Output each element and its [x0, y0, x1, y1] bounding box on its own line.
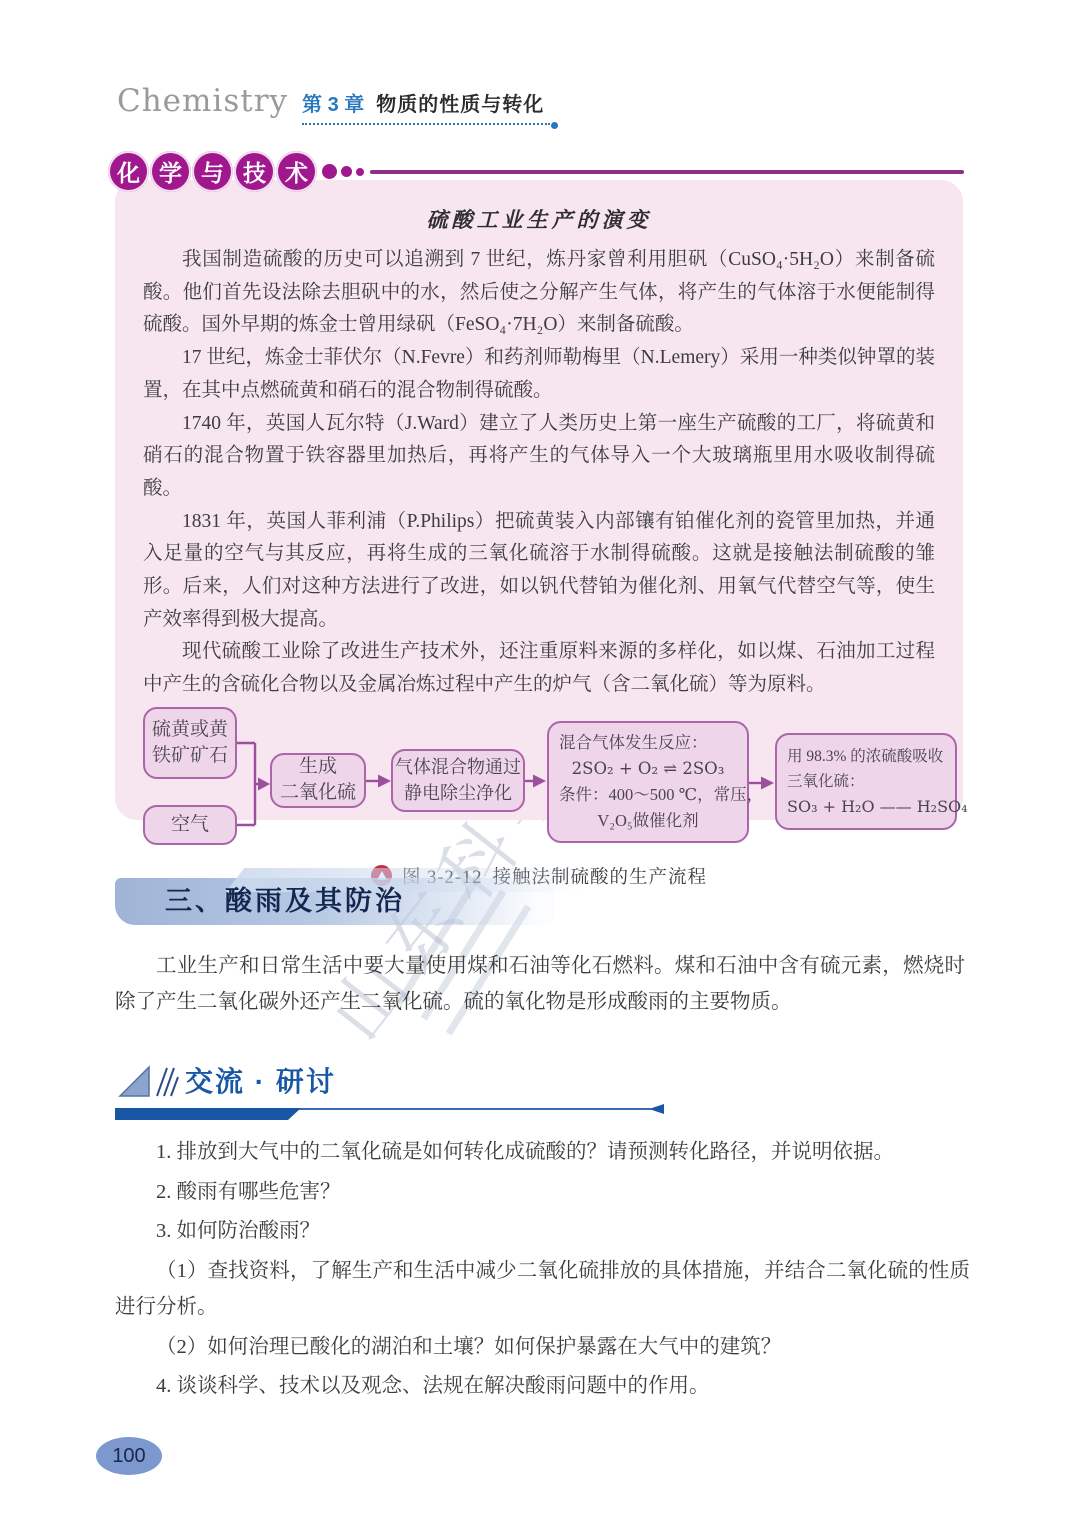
- discussion-questions: 1. 排放到大气中的二氧化硫是如何转化成硫酸的？请预测转化路径，并说明依据。 2…: [115, 1134, 970, 1408]
- badge-dot: [322, 164, 337, 179]
- flow-box-air: 空气: [143, 805, 237, 845]
- badge-char: 与: [192, 151, 233, 192]
- flow-box-dust-removal: 气体混合物通过 静电除尘净化: [391, 749, 525, 812]
- absorb-line1: 用 98.3% 的浓硫酸吸收: [787, 744, 943, 769]
- discussion-heading-text: 交流 · 研讨: [185, 1060, 336, 1100]
- acid-rain-intro: 工业生产和日常生活中要大量使用煤和石油等化石燃料。煤和石油中含有硫元素，燃烧时除…: [115, 948, 965, 1020]
- reaction-condition1: 条件：400～500 ℃，常压，: [559, 782, 763, 808]
- chapter-line: 第 3 章 物质的性质与转化: [302, 88, 550, 117]
- flow-box-sulfur-ore: 硫黄或黄 铁矿矿石: [143, 707, 237, 779]
- page-number: 100: [112, 1445, 145, 1468]
- chemistry-tech-badge: 化 学 与 技 术: [108, 151, 964, 192]
- question-item: 2. 酸雨有哪些危害？: [115, 1174, 970, 1211]
- flow-box-reaction: 混合气体发生反应： 2SO₂ + O₂ ⇌ 2SO₃ 条件：400～500 ℃，…: [547, 721, 749, 843]
- panel-paragraph: 我国制造硫酸的历史可以追溯到 7 世纪，炼丹家曾利用胆矾（CuSO₄·5H₂O）…: [143, 244, 935, 342]
- flow-box-absorption: 用 98.3% 的浓硫酸吸收 三氧化硫： SO₃ + H₂O —— H₂SO₄: [775, 733, 957, 830]
- discussion-triangle-icon: [117, 1064, 179, 1100]
- chemistry-tech-panel: 硫酸工业生产的演变 我国制造硫酸的历史可以追溯到 7 世纪，炼丹家曾利用胆矾（C…: [115, 180, 963, 820]
- panel-paragraph: 现代硫酸工业除了改进生产技术外，还注重原料来源的多样化，如以煤、石油加工过程中产…: [143, 636, 935, 701]
- panel-paragraph: 17 世纪，炼金士菲伏尔（N.Fevre）和药剂师勒梅里（N.Lemery）采用…: [143, 342, 935, 407]
- badge-char: 术: [276, 151, 317, 192]
- absorb-line2: 三氧化硫：: [787, 769, 865, 794]
- chapter-title: 物质的性质与转化: [376, 88, 544, 117]
- flow-box-so2: 生成 二氧化硫: [270, 753, 366, 808]
- sulfuric-acid-flowchart: 硫黄或黄 铁矿矿石 空气 生成 二氧化硫 气体混合物通过 静电除尘净化 混合气体…: [143, 705, 935, 855]
- rule-end-dot: [551, 122, 558, 129]
- panel-paragraph: 1831 年，英国人菲利浦（P.Philips）把硫黄装入内部镶有铂催化剂的瓷管…: [143, 506, 935, 637]
- section-heading-acid-rain: 三、酸雨及其防治: [115, 878, 555, 925]
- question-item: 4. 谈谈科学、技术以及观念、法规在解决酸雨问题中的作用。: [115, 1368, 970, 1405]
- reaction-condition2: V₂O₅做催化剂: [597, 808, 698, 834]
- reaction-line1: 混合气体发生反应：: [559, 730, 708, 756]
- question-item: 1. 排放到大气中的二氧化硫是如何转化成硫酸的？请预测转化路径，并说明依据。: [115, 1134, 970, 1171]
- badge-char: 学: [150, 151, 191, 192]
- panel-paragraph: 1740 年，英国人瓦尔特（J.Ward）建立了人类历史上第一座生产硫酸的工厂，…: [143, 408, 935, 506]
- badge-char: 技: [234, 151, 275, 192]
- badge-rule-line: [370, 170, 964, 174]
- reaction-equation: 2SO₂ + O₂ ⇌ 2SO₃: [572, 756, 725, 782]
- badge-dot: [356, 168, 364, 176]
- section-heading-text: 三、酸雨及其防治: [115, 878, 555, 925]
- chapter-heading: 第 3 章 物质的性质与转化: [302, 84, 550, 125]
- question-item: （1）查找资料，了解生产和生活中减少二氧化硫排放的具体措施，并结合二氧化硫的性质…: [115, 1253, 970, 1326]
- chapter-label: 第 3 章: [302, 88, 364, 117]
- brand-title: Chemistry: [117, 84, 288, 118]
- discussion-rule: [115, 1104, 675, 1122]
- badge-dot: [341, 166, 352, 177]
- page-header: Chemistry 第 3 章 物质的性质与转化: [117, 84, 550, 125]
- badge-char: 化: [108, 151, 149, 192]
- discussion-header: 交流 · 研讨: [115, 1058, 675, 1128]
- page-number-badge: 100: [96, 1437, 162, 1475]
- dotted-rule: [302, 123, 550, 125]
- question-item: 3. 如何防治酸雨？: [115, 1213, 970, 1250]
- absorb-equation: SO₃ + H₂O —— H₂SO₄: [787, 794, 968, 819]
- question-item: （2）如何治理已酸化的湖泊和土壤？如何保护暴露在大气中的建筑？: [115, 1329, 970, 1366]
- panel-title: 硫酸工业生产的演变: [143, 204, 935, 234]
